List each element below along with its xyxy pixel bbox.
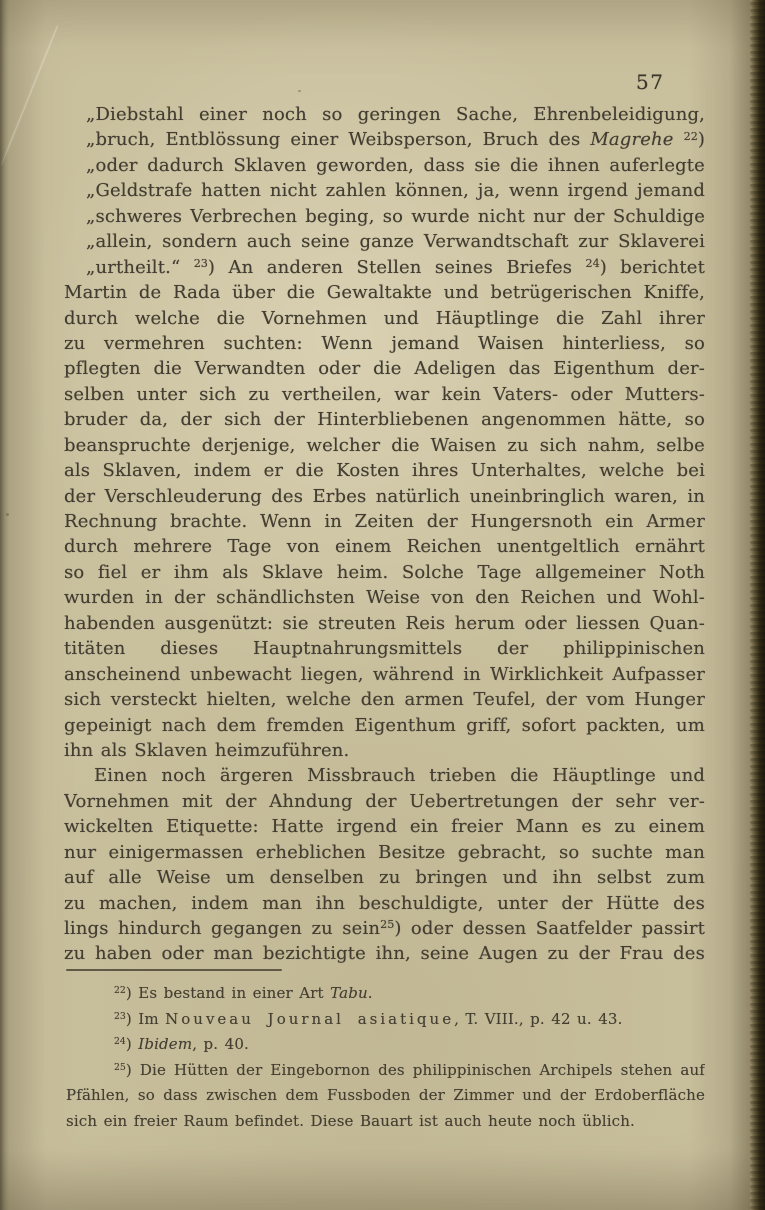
- body-text-line: „bruch, Entblössung einer Weibsperson, B…: [64, 127, 705, 152]
- footnotes-block: 22) Es bestand in einer Art Tabu.23) Im …: [66, 981, 705, 1134]
- body-text-line: zu haben oder man bezichtigte ihn, seine…: [64, 941, 705, 966]
- body-text-line: „urtheilt.“ 23) An anderen Stellen seine…: [64, 255, 705, 280]
- body-text-line: wurden in der schändlichsten Weise von d…: [64, 585, 705, 610]
- footnote-line: 25) Die Hütten der Eingebornon des phili…: [66, 1058, 705, 1084]
- body-text-line: „Diebstahl einer noch so geringen Sache,…: [64, 102, 705, 127]
- body-text-line: Einen noch ärgeren Missbrauch trieben di…: [64, 763, 705, 788]
- body-text-line: zu machen, indem man ihn beschuldigte, u…: [64, 891, 705, 916]
- body-text-line: „Geldstrafe hatten nicht zahlen können, …: [64, 178, 705, 203]
- footnote-line: sich ein freier Raum befindet. Diese Bau…: [66, 1109, 705, 1135]
- body-text-line: titäten dieses Hauptnahrungsmittels der …: [64, 636, 705, 661]
- body-text-line: sich versteckt hielten, welche den armen…: [64, 687, 705, 712]
- body-text-line: zu vermehren suchten: Wenn jemand Waisen…: [64, 331, 705, 356]
- page-edge-shadow: [730, 0, 750, 1210]
- body-text-line: nur einigermassen erheblichen Besitze ge…: [64, 840, 705, 865]
- paper-speck: [702, 464, 704, 466]
- body-text-line: Martin de Rada über die Gewaltakte und b…: [64, 280, 705, 305]
- footnote-line: 23) Im Nouveau Journal asiatique, T. VII…: [66, 1007, 705, 1033]
- footnote-line: 22) Es bestand in einer Art Tabu.: [66, 981, 705, 1007]
- body-text-line: pflegten die Verwandten oder die Adelige…: [64, 356, 705, 381]
- page-number: 57: [636, 70, 664, 94]
- body-text-line: durch mehrere Tage von einem Reichen une…: [64, 534, 705, 559]
- body-text-line: „allein, sondern auch seine ganze Verwan…: [64, 229, 705, 254]
- body-text-line: anscheinend unbewacht liegen, während in…: [64, 662, 705, 687]
- body-text-line: als Sklaven, indem er die Kosten ihres U…: [64, 458, 705, 483]
- body-text-line: wickelten Etiquette: Hatte irgend ein fr…: [64, 814, 705, 839]
- body-text-line: ihn als Sklaven heimzuführen.: [64, 738, 705, 763]
- body-text-line: „oder dadurch Sklaven geworden, dass sie…: [64, 153, 705, 178]
- body-text-line: auf alle Weise um denselben zu bringen u…: [64, 865, 705, 890]
- paper-crease: [1, 26, 58, 165]
- body-text-line: bruder da, der sich der Hinterbliebenen …: [64, 407, 705, 432]
- body-text-line: Vornehmen mit der Ahndung der Uebertretu…: [64, 789, 705, 814]
- body-text-line: beanspruchte derjenige, welcher die Wais…: [64, 433, 705, 458]
- paper-speck: [298, 90, 301, 92]
- footnote-line: 24) Ibidem, p. 40.: [66, 1032, 705, 1058]
- book-edge-left: [0, 0, 9, 1210]
- body-text-line: „schweres Verbrechen beging, so wurde ni…: [64, 204, 705, 229]
- body-text-line: lings hindurch gegangen zu sein25) oder …: [64, 916, 705, 941]
- body-text-line: der Verschleuderung des Erbes natürlich …: [64, 484, 705, 509]
- footnote-line: Pfählen, so dass zwischen dem Fussboden …: [66, 1083, 705, 1109]
- body-text-line: selben unter sich zu vertheilen, war kei…: [64, 382, 705, 407]
- main-text-block: „Diebstahl einer noch so geringen Sache,…: [64, 102, 705, 967]
- footnote-separator: [66, 969, 282, 971]
- body-text-line: gepeinigt nach dem fremden Eigenthum gri…: [64, 713, 705, 738]
- body-text-line: durch welche die Vornehmen und Häuptling…: [64, 306, 705, 331]
- body-text-line: habenden ausgenützt: sie streuten Reis h…: [64, 611, 705, 636]
- book-edge-right: [750, 0, 765, 1210]
- scanned-book-page: 57 „Diebstahl einer noch so geringen Sac…: [0, 0, 765, 1210]
- body-text-line: Rechnung brachte. Wenn in Zeiten der Hun…: [64, 509, 705, 534]
- body-text-line: so fiel er ihm als Sklave heim. Solche T…: [64, 560, 705, 585]
